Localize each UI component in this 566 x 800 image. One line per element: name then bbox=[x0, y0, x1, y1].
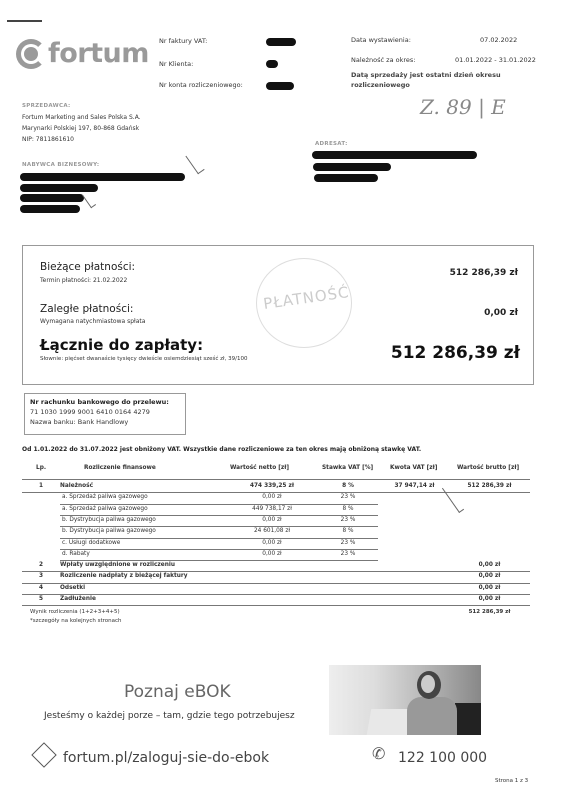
settlement-table: Lp. Rozliczenie finansowe Wartość netto … bbox=[22, 460, 530, 630]
current-payments-title: Bieżące płatności: bbox=[40, 261, 135, 273]
row-brutto: 0,00 zł bbox=[452, 560, 527, 571]
row-name: Należność bbox=[60, 481, 93, 492]
col-header-netto: Wartość netto [zł] bbox=[230, 465, 289, 471]
row-netto: 24 601,08 zł bbox=[222, 526, 322, 537]
table-row: 1Należność474 339,25 zł8 %37 947,14 zł51… bbox=[22, 481, 530, 492]
row-brutto: 0,00 zł bbox=[452, 571, 527, 582]
seller-address: Marynarki Polskiej 197, 80-868 Gdańsk bbox=[22, 123, 141, 134]
bank-account-box: Nr rachunku bankowego do przelewu: 71 10… bbox=[24, 393, 186, 435]
row-netto: 474 339,25 zł bbox=[222, 481, 322, 492]
handwritten-note: Z. 89 | E bbox=[420, 95, 506, 119]
total-due-title: Łącznie do zapłaty: bbox=[40, 336, 203, 354]
bank-account-number[interactable]: 71 1030 1999 9001 6410 0164 4279 bbox=[30, 407, 180, 417]
row-lp: 4 bbox=[36, 583, 46, 594]
row-vat-rate: 8 % bbox=[320, 481, 376, 492]
period-label: Należność za okres: bbox=[351, 56, 416, 64]
seller-caption: SPRZEDAWCA: bbox=[22, 103, 71, 109]
ebok-url-link[interactable]: fortum.pl/zaloguj-sie-do-ebok bbox=[63, 750, 269, 766]
seller-name: Fortum Marketing and Sales Polska S.A. bbox=[22, 112, 141, 123]
current-payments-due: Termin płatności: 21.02.2022 bbox=[40, 277, 127, 284]
seller-nip: NIP: 7811861610 bbox=[22, 134, 141, 145]
row-name: Odsetki bbox=[60, 583, 85, 594]
row-netto: 0,00 zł bbox=[222, 549, 322, 560]
row-brutto: 0,00 zł bbox=[452, 583, 527, 594]
bank-name: Nazwa banku: Bank Handlowy bbox=[30, 417, 180, 427]
row-name: b. Dystrybucja paliwa gazowego bbox=[62, 526, 156, 537]
table-row: 4Odsetki0,00 zł bbox=[22, 583, 530, 594]
row-brutto: 0,00 zł bbox=[452, 594, 527, 605]
scan-mark bbox=[7, 20, 42, 22]
row-name: Zadłużenie bbox=[60, 594, 96, 605]
table-row: b. Dystrybucja paliwa gazowego24 601,08 … bbox=[22, 526, 530, 537]
payment-stamp: PŁATNOŚĆ bbox=[256, 258, 352, 348]
col-header-name: Rozliczenie finansowe bbox=[84, 465, 156, 471]
overdue-payments-title: Zaległe płatności: bbox=[40, 303, 133, 315]
period-value: 01.01.2022 - 31.01.2022 bbox=[455, 56, 536, 64]
envelope-icon bbox=[31, 742, 56, 767]
row-netto: 0,00 zł bbox=[222, 515, 322, 526]
vat-reduction-note: Od 1.01.2022 do 31.07.2022 jest obniżony… bbox=[22, 446, 421, 453]
account-number-label: Nr konta rozliczeniowego: bbox=[159, 81, 243, 89]
row-lp: 2 bbox=[36, 560, 46, 571]
client-number-label: Nr Klienta: bbox=[159, 60, 193, 68]
current-payments-amount: 512 286,39 zł bbox=[400, 268, 518, 278]
row-netto: 449 738,17 zł bbox=[222, 504, 322, 515]
promo-photo-woman-laptop bbox=[329, 665, 481, 735]
promo-title: Poznaj eBOK bbox=[124, 682, 231, 702]
issue-date-value: 07.02.2022 bbox=[480, 36, 517, 44]
issue-date-label: Data wystawienia: bbox=[351, 36, 411, 44]
recipient-name-redacted bbox=[312, 151, 477, 159]
row-vat-rate: 8 % bbox=[320, 526, 376, 537]
sale-date-note-1: Datą sprzedaży jest ostatni dzień okresu bbox=[351, 71, 501, 79]
col-header-vat-amount: Kwota VAT [zł] bbox=[390, 465, 437, 471]
invoice-number-label: Nr faktury VAT: bbox=[159, 37, 207, 45]
table-row: d. Rabaty0,00 zł23 % bbox=[22, 549, 530, 560]
check-mark-2 bbox=[82, 192, 96, 209]
recipient-line3-redacted bbox=[314, 174, 378, 182]
row-vat-rate: 23 % bbox=[320, 492, 376, 503]
logo-text: fortum bbox=[48, 38, 149, 69]
row-vat-amount: 37 947,14 zł bbox=[377, 481, 452, 492]
buyer-name-redacted bbox=[20, 173, 185, 181]
table-footnote: *szczegóły na kolejnych stronach bbox=[30, 618, 122, 624]
account-number-redacted bbox=[266, 82, 294, 90]
table-row: c. Usługi dodatkowe0,00 zł23 % bbox=[22, 538, 530, 549]
row-netto: 0,00 zł bbox=[222, 538, 322, 549]
row-name: b. Dystrybucja paliwa gazowego bbox=[62, 515, 156, 526]
row-divider bbox=[22, 605, 530, 606]
phone-icon: ✆ bbox=[372, 744, 385, 763]
row-vat-rate: 23 % bbox=[320, 549, 376, 560]
table-row: b. Dystrybucja paliwa gazowego0,00 zł23 … bbox=[22, 515, 530, 526]
table-row: 5Zadłużenie0,00 zł bbox=[22, 594, 530, 605]
row-brutto: 512 286,39 zł bbox=[452, 481, 527, 492]
row-name: a. Sprzedaż paliwa gazowego bbox=[62, 492, 148, 503]
check-mark-1 bbox=[185, 152, 204, 175]
fortum-logo-icon bbox=[16, 39, 46, 69]
col-header-lp: Lp. bbox=[36, 465, 46, 471]
overdue-payments-note: Wymagana natychmiastowa spłata bbox=[40, 318, 145, 325]
recipient-caption: ADRESAT: bbox=[315, 141, 348, 147]
row-name: c. Usługi dodatkowe bbox=[62, 538, 120, 549]
buyer-caption: NABYWCA BIZNESOWY: bbox=[22, 162, 99, 168]
seller-block: Fortum Marketing and Sales Polska S.A. M… bbox=[22, 112, 141, 145]
overdue-payments-amount: 0,00 zł bbox=[400, 308, 518, 318]
total-due-amount: 512 286,39 zł bbox=[370, 343, 520, 363]
row-lp: 1 bbox=[36, 481, 46, 492]
phone-number[interactable]: 122 100 000 bbox=[398, 750, 487, 766]
bank-account-title: Nr rachunku bankowego do przelewu: bbox=[30, 397, 180, 407]
result-value: 512 286,39 zł bbox=[452, 609, 527, 615]
row-name: d. Rabaty bbox=[62, 549, 90, 560]
row-name: Rozliczenie nadpłaty z bieżącej faktury bbox=[60, 571, 188, 582]
fortum-logo: fortum bbox=[16, 38, 149, 69]
row-name: a. Sprzedaż paliwa gazowego bbox=[62, 504, 148, 515]
header-divider bbox=[22, 479, 530, 480]
table-row: 2Wpłaty uwzględnione w rozliczeniu0,00 z… bbox=[22, 560, 530, 571]
row-vat-rate: 23 % bbox=[320, 538, 376, 549]
buyer-line4-redacted bbox=[20, 205, 80, 213]
stamp-text: PŁATNOŚĆ bbox=[262, 283, 350, 313]
sale-date-note-2: rozliczeniowego bbox=[351, 81, 410, 89]
promo-subtitle: Jesteśmy o każdej porze – tam, gdzie teg… bbox=[44, 711, 295, 721]
page-number: Strona 1 z 3 bbox=[495, 778, 528, 784]
col-header-rate: Stawka VAT [%] bbox=[322, 465, 373, 471]
result-label: Wynik rozliczenia (1+2+3+4+5) bbox=[30, 609, 120, 615]
invoice-number-redacted bbox=[266, 38, 296, 46]
row-name: Wpłaty uwzględnione w rozliczeniu bbox=[60, 560, 175, 571]
row-netto: 0,00 zł bbox=[222, 492, 322, 503]
col-header-brutto: Wartość brutto [zł] bbox=[457, 465, 519, 471]
buyer-line3-redacted bbox=[20, 194, 84, 202]
recipient-line2-redacted bbox=[313, 163, 391, 171]
row-vat-rate: 8 % bbox=[320, 504, 376, 515]
row-vat-rate: 23 % bbox=[320, 515, 376, 526]
total-due-words: Słownie: pięćset dwanaście tysięcy dwieś… bbox=[40, 356, 247, 362]
table-row: 3Rozliczenie nadpłaty z bieżącej faktury… bbox=[22, 571, 530, 582]
row-lp: 3 bbox=[36, 571, 46, 582]
row-lp: 5 bbox=[36, 594, 46, 605]
client-number-redacted bbox=[266, 60, 278, 68]
